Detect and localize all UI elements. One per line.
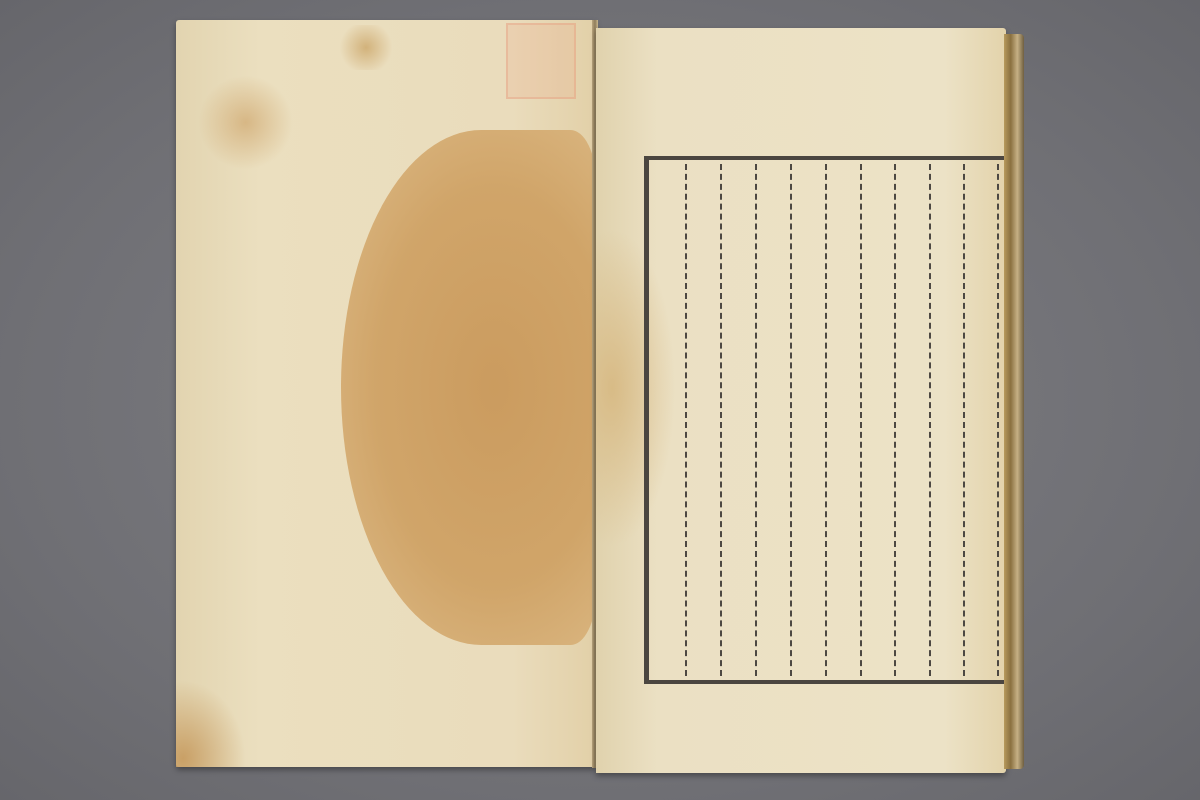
right-page — [596, 28, 1006, 773]
column-rule — [825, 164, 827, 676]
column-rule — [790, 164, 792, 676]
seal-stamp — [506, 23, 576, 99]
ruled-frame — [644, 156, 1004, 684]
column-rule — [997, 164, 999, 676]
stain — [176, 680, 246, 767]
column-rule — [894, 164, 896, 676]
column-rule — [755, 164, 757, 676]
water-stain — [341, 130, 596, 645]
column-rule — [963, 164, 965, 676]
column-rule — [929, 164, 931, 676]
column-rule — [860, 164, 862, 676]
stain — [336, 25, 396, 70]
column-rule — [685, 164, 687, 676]
page-edges — [1004, 34, 1024, 769]
column-rule — [720, 164, 722, 676]
open-book — [172, 18, 1028, 773]
left-page — [176, 20, 596, 767]
stain — [198, 75, 293, 170]
